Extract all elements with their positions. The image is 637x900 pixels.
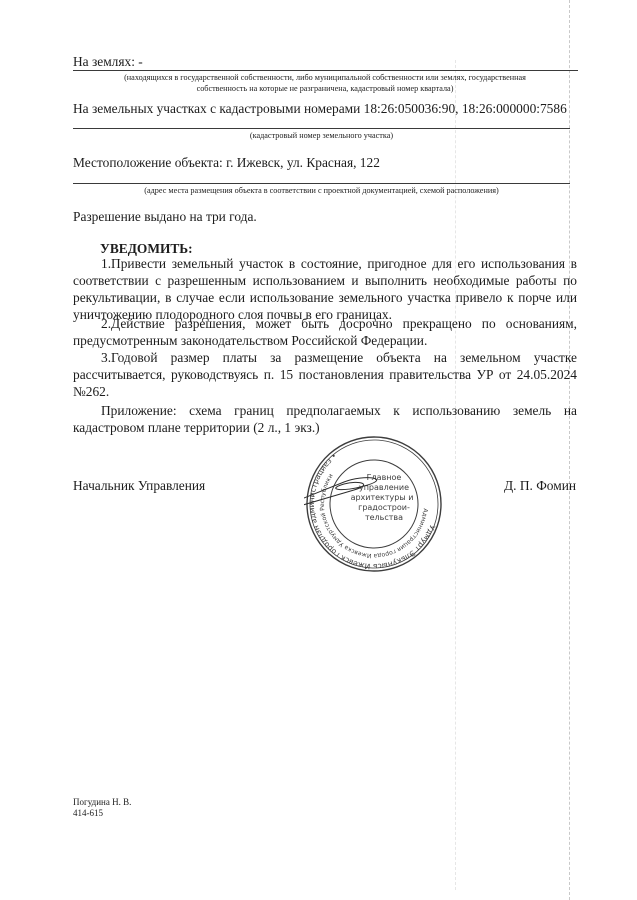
parcels-text: На земельных участках с кадастровыми ном… xyxy=(73,100,567,117)
svg-text:градострои-: градострои- xyxy=(358,503,410,512)
executor-name: Погудина Н. В. xyxy=(73,797,131,808)
location-text: Местоположение объекта: г. Ижевск, ул. К… xyxy=(73,154,380,171)
lands-underline xyxy=(73,70,578,71)
svg-text:архитектуры и: архитектуры и xyxy=(351,493,414,502)
location-caption: (адрес места размещения объекта в соотве… xyxy=(73,185,570,196)
notify-item-3: 3.Годовой размер платы за размещение объ… xyxy=(73,349,577,400)
lands-caption: (находящихся в государственной собственн… xyxy=(110,72,540,94)
signature-name: Д. П. Фомин xyxy=(504,477,576,494)
official-seal: Удмурт Элькунысь Ижевск городлэн админис… xyxy=(304,434,444,574)
svg-text:управление: управление xyxy=(359,483,409,492)
parcels-underline xyxy=(73,128,570,129)
attachment-text: Приложение: схема границ предполагаемых … xyxy=(73,402,577,436)
location-underline xyxy=(73,183,570,184)
lands-label: На землях: - xyxy=(73,53,143,70)
notify-item-1: 1.Привести земельный участок в состояние… xyxy=(73,255,577,323)
parcels-caption: (кадастровый номер земельного участка) xyxy=(73,130,570,141)
signature-position: Начальник Управления xyxy=(73,477,205,494)
executor-phone: 414-615 xyxy=(73,808,103,819)
svg-text:тельства: тельства xyxy=(365,513,403,522)
permit-term: Разрешение выдано на три года. xyxy=(73,208,257,225)
notify-item-2: 2.Действие разрешения, может быть досроч… xyxy=(73,315,577,349)
seal-icon: Удмурт Элькунысь Ижевск городлэн админис… xyxy=(304,434,444,574)
